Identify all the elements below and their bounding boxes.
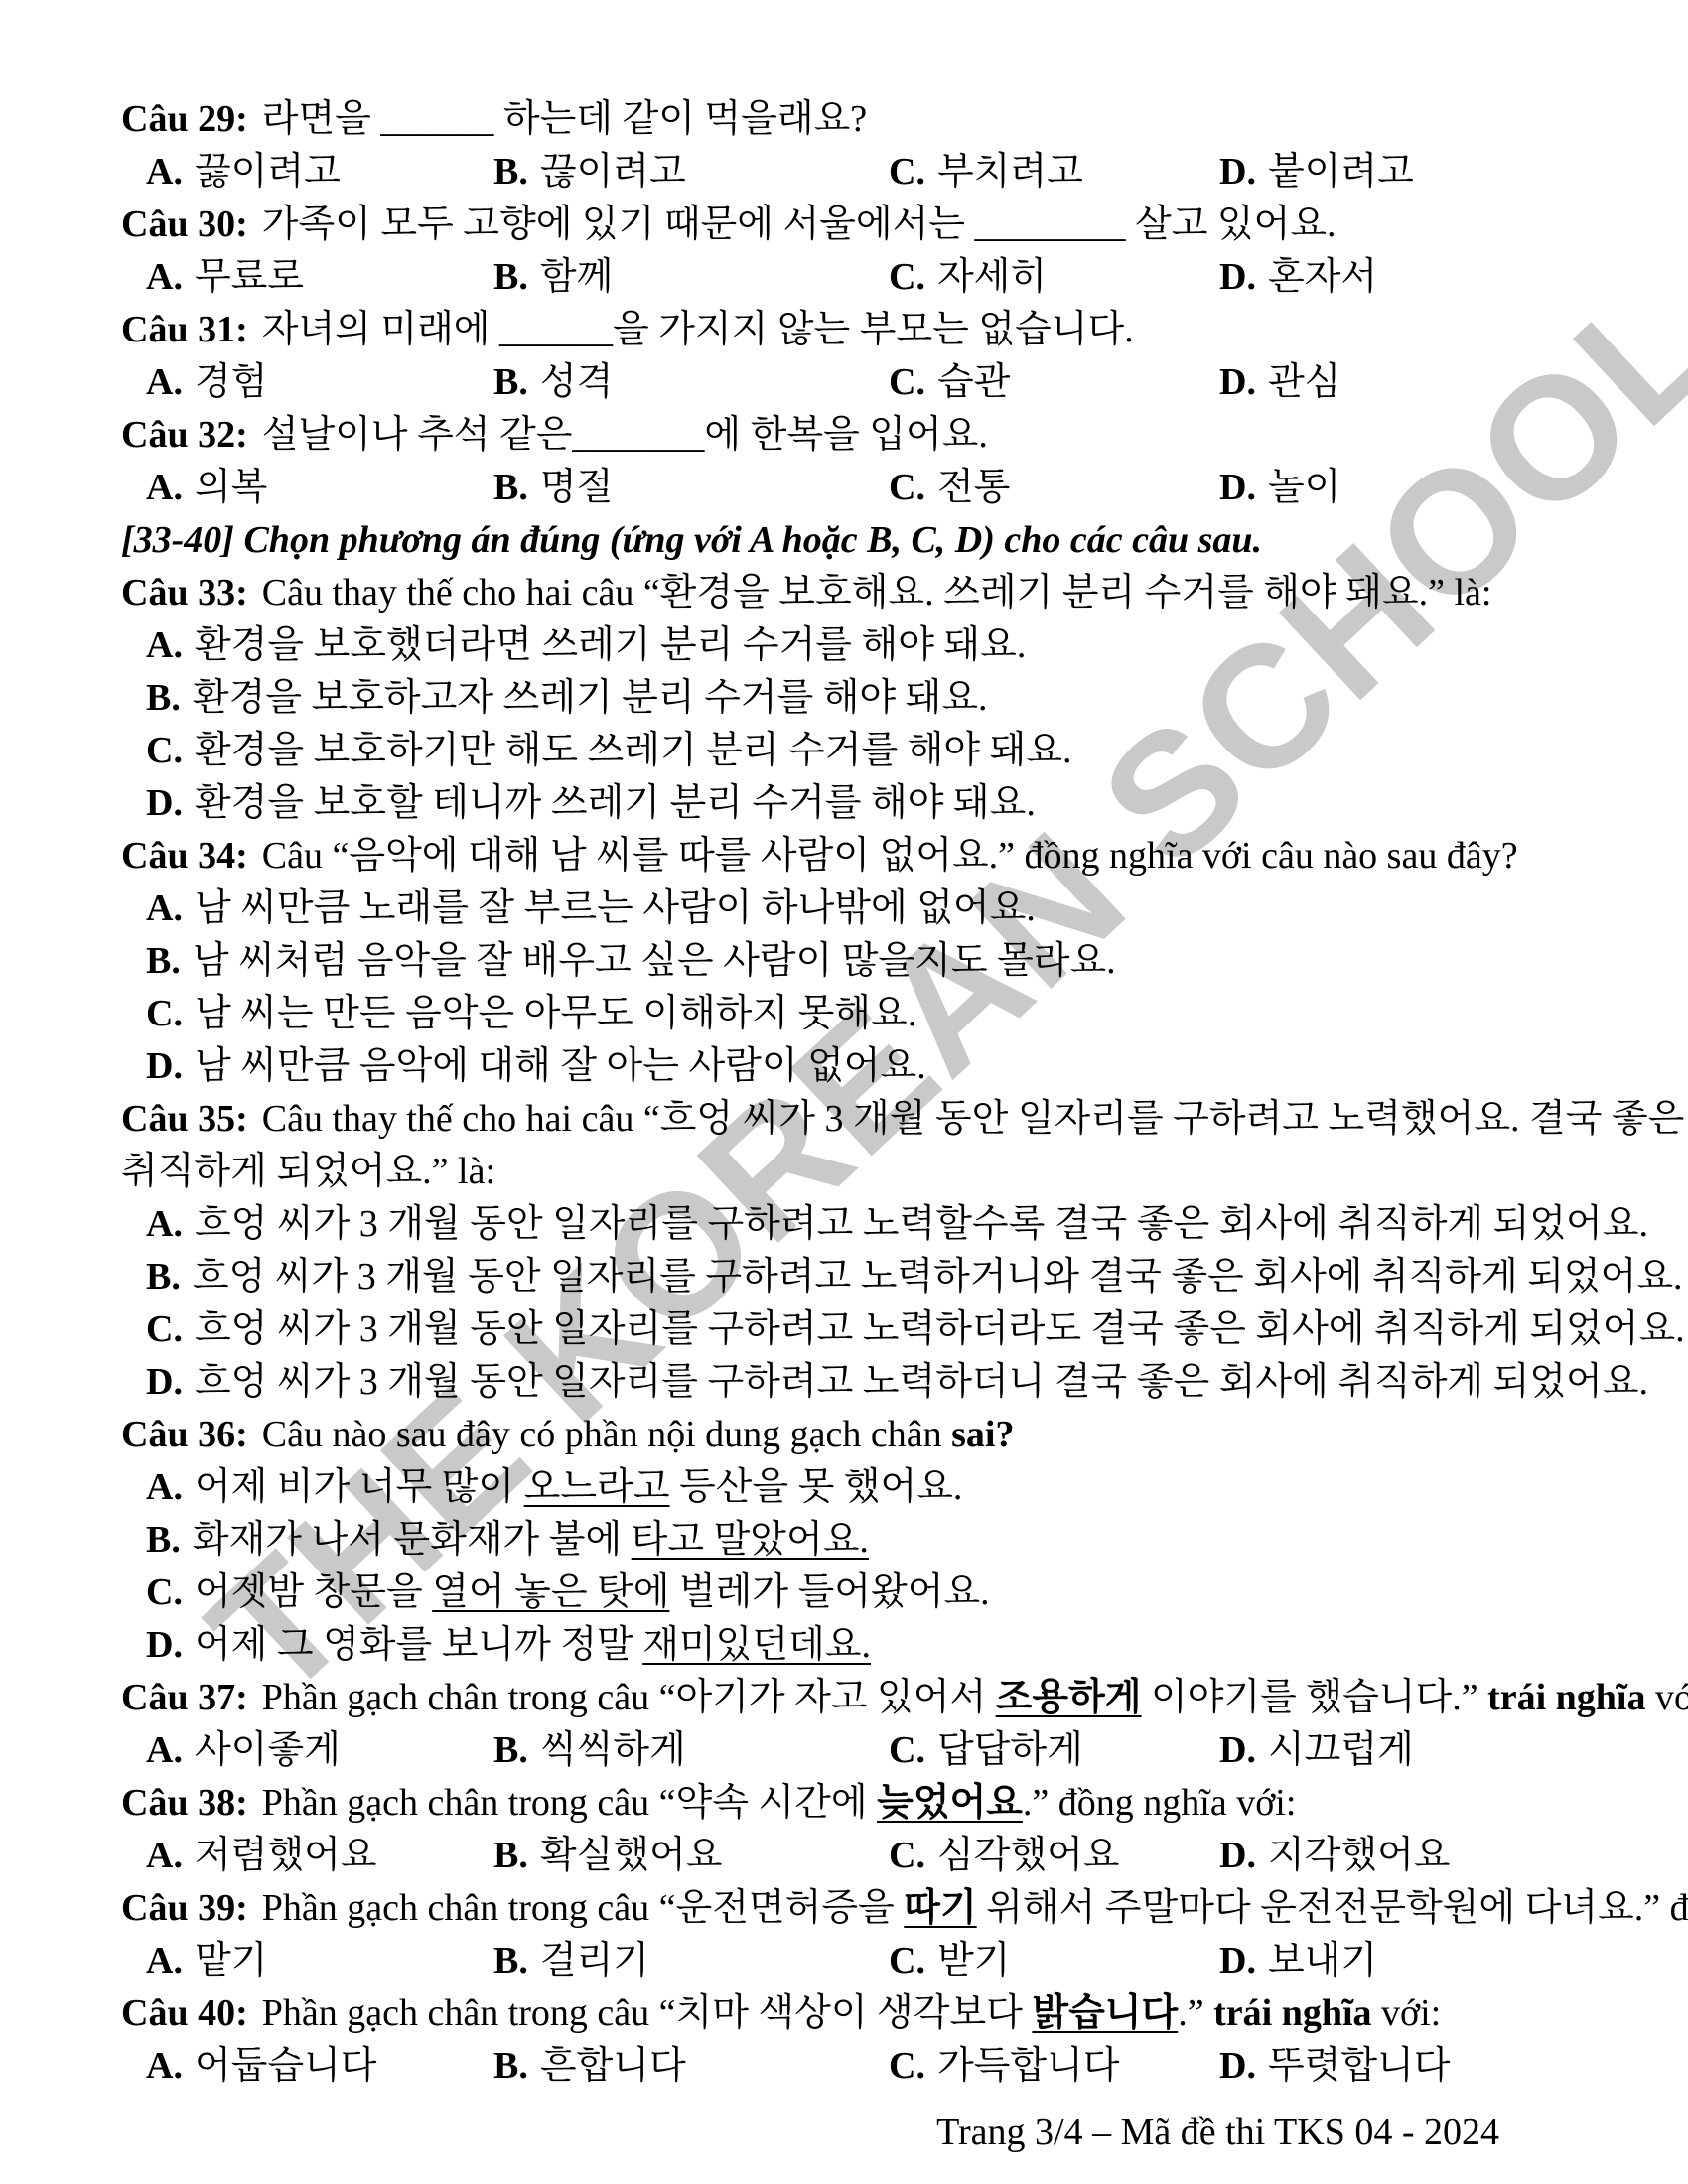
option-text: 남 씨는 만든 음악은 아무도 이해하지 못해요. — [195, 993, 916, 1034]
option-letter: B. — [146, 1256, 181, 1297]
option-text: 남 씨만큼 노래를 잘 부르는 사람이 하나밖에 없어요. — [195, 887, 1036, 929]
option-text: 뚜렷합니다 — [1268, 2045, 1451, 2087]
option-text: 맡기 — [195, 1940, 267, 1981]
question-30-option-B: B.함께 — [493, 251, 889, 304]
exam-content: Câu 29:라면을 ______ 하는데 같이 먹을래요?A.끓이려고B.끊이… — [121, 93, 1571, 2159]
option-text: 화재가 나서 문화재가 불에 — [193, 1519, 632, 1561]
option-text: 등산을 못 했어요. — [669, 1466, 962, 1508]
question-33-label: Câu 33: — [121, 572, 248, 614]
question-38-option-A: A.저렴했어요 — [146, 1830, 493, 1882]
question-37-stem-text: 이야기를 했습니다.” — [1142, 1677, 1488, 1718]
question-30-option-D: D.혼자서 — [1219, 251, 1571, 304]
option-text: 끓이려고 — [195, 151, 341, 193]
question-33-stem: Câu 33:Câu thay thế cho hai câu “환경을 보호해… — [121, 567, 1571, 619]
option-text: 걸리기 — [540, 1940, 649, 1981]
option-letter: B. — [493, 2045, 528, 2087]
option-text: 씩씩하게 — [540, 1729, 686, 1771]
option-text: 어제 비가 너무 많이 — [195, 1466, 524, 1508]
question-31-option-C: C.습관 — [889, 356, 1219, 409]
question-37-stem-text: trái nghĩa — [1487, 1677, 1645, 1718]
question-38-option-D: D.지각했어요 — [1219, 1830, 1571, 1882]
option-text: 재미있던데요. — [642, 1624, 871, 1666]
question-33-option-row-D: D.환경을 보호할 테니까 쓰레기 분리 수거를 해야 돼요. — [121, 777, 1571, 830]
question-36-option-row-C: C.어젯밤 창문을 열어 놓은 탓에 벌레가 들어왔어요. — [121, 1567, 1571, 1619]
option-letter: A. — [146, 1203, 183, 1245]
question-36-stem-text: Câu nào sau đây có phần nội dung gạch ch… — [262, 1414, 951, 1455]
question-34-option-D: D.남 씨만큼 음악에 대해 잘 아는 사람이 없어요. — [146, 1045, 926, 1087]
option-letter: D. — [1219, 1835, 1256, 1876]
option-text: 환경을 보호하고자 쓰레기 분리 수거를 해야 돼요. — [193, 677, 988, 719]
question-35-stem-text: Câu thay thế cho hai câu “흐엉 씨가 3 개월 동안 … — [262, 1098, 1688, 1140]
question-36-stem-text: sai? — [951, 1414, 1014, 1455]
question-32-option-B: B.명절 — [493, 462, 889, 514]
question-29-option-A: A.끓이려고 — [146, 146, 493, 199]
question-37-stem-text: 조용하게 — [996, 1677, 1142, 1718]
questions-container: Câu 29:라면을 ______ 하는데 같이 먹을래요?A.끓이려고B.끊이… — [121, 93, 1571, 2093]
question-31-stem-text: 자녀의 미래에 ______을 가지지 않는 부모는 없습니다. — [262, 309, 1134, 350]
question-31-stem: Câu 31:자녀의 미래에 ______을 가지지 않는 부모는 없습니다. — [121, 304, 1571, 356]
question-35-option-row-A: A.흐엉 씨가 3 개월 동안 일자리를 구하려고 노력할수록 결국 좋은 회사… — [121, 1198, 1571, 1251]
option-text: 부치려고 — [937, 151, 1083, 193]
question-39-stem-text: 위해서 주말마다 운전전문학원에 다녀요.” đồng nghĩa với: — [977, 1887, 1688, 1929]
option-text: 흐엉 씨가 3 개월 동안 일자리를 구하려고 노력하더라도 결국 좋은 회사에… — [195, 1308, 1685, 1350]
question-40-stem-text: 밝습니다 — [1032, 1992, 1178, 2034]
option-text: 끊이려고 — [540, 151, 686, 193]
question-36-label: Câu 36: — [121, 1414, 248, 1455]
option-text: 심각했어요 — [937, 1835, 1120, 1876]
option-letter: D. — [1219, 467, 1256, 508]
question-36-option-row-A: A.어제 비가 너무 많이 오느라고 등산을 못 했어요. — [121, 1461, 1571, 1514]
footer-text: Trang 3/4 – Mã đề thi TKS 04 - 2024 — [936, 2112, 1499, 2153]
option-letter: B. — [493, 1940, 528, 1981]
option-text: 답답하게 — [937, 1729, 1083, 1771]
question-32-stem: Câu 32:설날이나 추석 같은_______에 한복을 입어요. — [121, 409, 1571, 462]
question-39-option-A: A.맡기 — [146, 1935, 493, 1987]
option-text: 혼자서 — [1268, 256, 1377, 298]
option-letter: B. — [146, 677, 181, 719]
question-35-stem-text: 취직하게 되었어요.” là: — [121, 1151, 495, 1192]
question-35-option-A: A.흐엉 씨가 3 개월 동안 일자리를 구하려고 노력할수록 결국 좋은 회사… — [146, 1203, 1648, 1245]
question-33-option-D: D.환경을 보호할 테니까 쓰레기 분리 수거를 해야 돼요. — [146, 782, 1036, 824]
question-31-label: Câu 31: — [121, 309, 248, 350]
question-39-label: Câu 39: — [121, 1887, 248, 1929]
option-letter: B. — [493, 256, 528, 298]
question-38-option-C: C.심각했어요 — [889, 1830, 1219, 1882]
question-34-label: Câu 34: — [121, 835, 248, 877]
option-letter: D. — [146, 782, 183, 824]
option-text: 성격 — [540, 361, 613, 403]
question-32-option-C: C.전통 — [889, 462, 1219, 514]
question-34-stem-text: Câu “음악에 대해 남 씨를 따를 사람이 없어요.” đồng nghĩa… — [262, 835, 1518, 877]
option-letter: C. — [889, 467, 925, 508]
question-37-stem-text: Phần gạch chân trong câu “아기가 자고 있어서 — [262, 1677, 996, 1718]
option-text: 놀이 — [1268, 467, 1340, 508]
option-letter: B. — [146, 940, 181, 982]
question-36-option-B: B.화재가 나서 문화재가 불에 타고 말았어요. — [146, 1519, 869, 1561]
question-39-stem-text: Phần gạch chân trong câu “운전면허증을 — [262, 1887, 905, 1929]
option-text: 환경을 보호하기만 해도 쓰레기 분리 수거를 해야 돼요. — [195, 730, 1072, 771]
option-text: 저렴했어요 — [195, 1835, 377, 1876]
option-letter: A. — [146, 624, 183, 666]
option-letter: D. — [146, 1361, 183, 1403]
option-letter: D. — [1219, 2045, 1256, 2087]
option-text: 시끄럽게 — [1268, 1729, 1414, 1771]
question-40-stem-text: với: — [1372, 1992, 1442, 2034]
question-30-stem-text: 가족이 모두 고향에 있기 때문에 서울에서는 ________ 살고 있어요. — [262, 204, 1336, 245]
option-letter: B. — [493, 1729, 528, 1771]
option-text: 흐엉 씨가 3 개월 동안 일자리를 구하려고 노력하거니와 결국 좋은 회사에… — [193, 1256, 1683, 1297]
question-30-stem: Câu 30:가족이 모두 고향에 있기 때문에 서울에서는 ________ … — [121, 199, 1571, 251]
question-31-options: A.경험B.성격C.습관D.관심 — [121, 356, 1571, 409]
option-text: 어둡습니다 — [195, 2045, 377, 2087]
option-text: 열어 놓은 탓에 — [432, 1571, 669, 1613]
question-36-option-D: D.어제 그 영화를 보니까 정말 재미있던데요. — [146, 1624, 871, 1666]
page-footer: Trang 3/4 – Mã đề thi TKS 04 - 2024 — [121, 2107, 1571, 2159]
question-30-options: A.무료로B.함께C.자세히D.혼자서 — [121, 251, 1571, 304]
question-40-option-B: B.흔합니다 — [493, 2040, 889, 2093]
option-letter: A. — [146, 1729, 183, 1771]
question-36-stem: Câu 36:Câu nào sau đây có phần nội dung … — [121, 1409, 1571, 1461]
question-39-stem: Câu 39:Phần gạch chân trong câu “운전면허증을 … — [121, 1882, 1571, 1935]
option-text: 경험 — [195, 361, 267, 403]
question-37-stem: Câu 37:Phần gạch chân trong câu “아기가 자고 … — [121, 1672, 1571, 1724]
question-29-option-B: B.끊이려고 — [493, 146, 889, 199]
question-37-label: Câu 37: — [121, 1677, 248, 1718]
question-35-option-C: C.흐엉 씨가 3 개월 동안 일자리를 구하려고 노력하더라도 결국 좋은 회… — [146, 1308, 1685, 1350]
question-36-option-row-B: B.화재가 나서 문화재가 불에 타고 말았어요. — [121, 1514, 1571, 1567]
question-39-options: A.맡기B.걸리기C.받기D.보내기 — [121, 1935, 1571, 1987]
question-31-option-D: D.관심 — [1219, 356, 1571, 409]
question-40-stem-text: .” — [1178, 1992, 1213, 2034]
option-text: 어제 그 영화를 보니까 정말 — [195, 1624, 642, 1666]
option-text: 받기 — [937, 1940, 1010, 1981]
option-letter: A. — [146, 151, 183, 193]
option-letter: B. — [493, 1835, 528, 1876]
question-35-option-row-B: B.흐엉 씨가 3 개월 동안 일자리를 구하려고 노력하거니와 결국 좋은 회… — [121, 1251, 1571, 1303]
question-32-option-A: A.의복 — [146, 462, 493, 514]
question-33-stem-text: Câu thay thế cho hai câu “환경을 보호해요. 쓰레기 … — [262, 572, 1492, 614]
question-29-label: Câu 29: — [121, 98, 248, 140]
question-33-option-A: A.환경을 보호했더라면 쓰레기 분리 수거를 해야 돼요. — [146, 624, 1026, 666]
option-text: 자세히 — [937, 256, 1047, 298]
option-letter: A. — [146, 887, 183, 929]
question-34-option-A: A.남 씨만큼 노래를 잘 부르는 사람이 하나밖에 없어요. — [146, 887, 1036, 929]
option-letter: D. — [146, 1624, 183, 1666]
question-40-stem-text: Phần gạch chân trong câu “치마 색상이 생각보다 — [262, 1992, 1033, 2034]
option-text: 환경을 보호할 테니까 쓰레기 분리 수거를 해야 돼요. — [195, 782, 1036, 824]
question-35-option-B: B.흐엉 씨가 3 개월 동안 일자리를 구하려고 노력하거니와 결국 좋은 회… — [146, 1256, 1683, 1297]
question-33-option-row-A: A.환경을 보호했더라면 쓰레기 분리 수거를 해야 돼요. — [121, 619, 1571, 672]
option-letter: C. — [889, 2045, 925, 2087]
question-34-stem: Câu 34:Câu “음악에 대해 남 씨를 따를 사람이 없어요.” đồn… — [121, 830, 1571, 883]
question-38-options: A.저렴했어요B.확실했어요C.심각했어요D.지각했어요 — [121, 1830, 1571, 1882]
option-text: 습관 — [937, 361, 1010, 403]
question-34-option-row-B: B.남 씨처럼 음악을 잘 배우고 싶은 사람이 많을지도 몰라요. — [121, 935, 1571, 988]
option-letter: C. — [889, 1835, 925, 1876]
option-text: 지각했어요 — [1268, 1835, 1451, 1876]
question-29-stem: Câu 29:라면을 ______ 하는데 같이 먹을래요? — [121, 93, 1571, 146]
question-37-option-B: B.씩씩하게 — [493, 1724, 889, 1777]
question-37-option-C: C.답답하게 — [889, 1724, 1219, 1777]
question-37-option-D: D.시끄럽게 — [1219, 1724, 1571, 1777]
option-text: 확실했어요 — [540, 1835, 723, 1876]
question-34-option-row-D: D.남 씨만큼 음악에 대해 잘 아는 사람이 없어요. — [121, 1040, 1571, 1093]
option-text: 남 씨처럼 음악을 잘 배우고 싶은 사람이 많을지도 몰라요. — [193, 940, 1116, 982]
question-35-option-row-D: D.흐엉 씨가 3 개월 동안 일자리를 구하려고 노력하더니 결국 좋은 회사… — [121, 1356, 1571, 1409]
option-text: 흐엉 씨가 3 개월 동안 일자리를 구하려고 노력할수록 결국 좋은 회사에 … — [195, 1203, 1648, 1245]
option-letter: C. — [146, 1571, 183, 1613]
option-letter: D. — [1219, 1729, 1256, 1771]
option-letter: A. — [146, 361, 183, 403]
question-38-stem: Câu 38:Phần gạch chân trong câu “약속 시간에 … — [121, 1777, 1571, 1830]
question-35-stem: Câu 35:Câu thay thế cho hai câu “흐엉 씨가 3… — [121, 1093, 1571, 1146]
option-letter: A. — [146, 1466, 183, 1508]
option-text: 보내기 — [1268, 1940, 1377, 1981]
option-text: 남 씨만큼 음악에 대해 잘 아는 사람이 없어요. — [195, 1045, 926, 1087]
question-36-option-A: A.어제 비가 너무 많이 오느라고 등산을 못 했어요. — [146, 1466, 962, 1508]
question-35-stem-line2: 취직하게 되었어요.” là: — [121, 1146, 1571, 1198]
question-31-option-A: A.경험 — [146, 356, 493, 409]
question-40-stem: Câu 40:Phần gạch chân trong câu “치마 색상이 … — [121, 1987, 1571, 2040]
question-30-label: Câu 30: — [121, 204, 248, 245]
question-32-label: Câu 32: — [121, 414, 248, 456]
option-text: 명절 — [540, 467, 613, 508]
question-40-stem-text: trái nghĩa — [1213, 1992, 1371, 2034]
option-letter: A. — [146, 256, 183, 298]
question-36-option-row-D: D.어제 그 영화를 보니까 정말 재미있던데요. — [121, 1619, 1571, 1672]
option-text: 흔합니다 — [540, 2045, 686, 2087]
option-text: 흐엉 씨가 3 개월 동안 일자리를 구하려고 노력하더니 결국 좋은 회사에 … — [195, 1361, 1648, 1403]
option-text: 함께 — [540, 256, 613, 298]
option-letter: B. — [493, 151, 528, 193]
question-34-option-B: B.남 씨처럼 음악을 잘 배우고 싶은 사람이 많을지도 몰라요. — [146, 940, 1116, 982]
question-39-option-C: C.받기 — [889, 1935, 1219, 1987]
option-letter: C. — [889, 151, 925, 193]
question-37-option-A: A.사이좋게 — [146, 1724, 493, 1777]
option-letter: A. — [146, 1940, 183, 1981]
option-letter: C. — [146, 730, 183, 771]
option-letter: B. — [146, 1519, 181, 1561]
question-32-options: A.의복B.명절C.전통D.놀이 — [121, 462, 1571, 514]
option-text: 사이좋게 — [195, 1729, 341, 1771]
option-text: 오느라고 — [524, 1466, 670, 1508]
question-34-option-row-A: A.남 씨만큼 노래를 잘 부르는 사람이 하나밖에 없어요. — [121, 883, 1571, 935]
question-40-option-A: A.어둡습니다 — [146, 2040, 493, 2093]
option-letter: A. — [146, 2045, 183, 2087]
question-37-options: A.사이좋게B.씩씩하게C.답답하게D.시끄럽게 — [121, 1724, 1571, 1777]
question-39-option-D: D.보내기 — [1219, 1935, 1571, 1987]
question-40-option-D: D.뚜렷합니다 — [1219, 2040, 1571, 2093]
option-text: 관심 — [1268, 361, 1340, 403]
question-32-option-D: D.놀이 — [1219, 462, 1571, 514]
option-letter: D. — [1219, 361, 1256, 403]
option-text: 의복 — [195, 467, 267, 508]
option-letter: C. — [889, 1940, 925, 1981]
question-33-option-B: B.환경을 보호하고자 쓰레기 분리 수거를 해야 돼요. — [146, 677, 988, 719]
option-letter: A. — [146, 1835, 183, 1876]
question-32-stem-text: 설날이나 추석 같은_______에 한복을 입어요. — [262, 414, 988, 456]
option-letter: C. — [889, 361, 925, 403]
option-letter: A. — [146, 467, 183, 508]
option-text: 어젯밤 창문을 — [195, 1571, 432, 1613]
option-text: 무료로 — [195, 256, 304, 298]
option-text: 가득합니다 — [937, 2045, 1120, 2087]
question-39-stem-text: 따기 — [904, 1887, 976, 1929]
question-38-stem-text: Phần gạch chân trong câu “약속 시간에 — [262, 1782, 877, 1824]
question-40-options: A.어둡습니다B.흔합니다C.가득합니다D.뚜렷합니다 — [121, 2040, 1571, 2093]
question-33-option-C: C.환경을 보호하기만 해도 쓰레기 분리 수거를 해야 돼요. — [146, 730, 1072, 771]
option-letter: C. — [889, 256, 925, 298]
option-letter: B. — [493, 361, 528, 403]
option-text: 붙이려고 — [1268, 151, 1414, 193]
question-35-option-D: D.흐엉 씨가 3 개월 동안 일자리를 구하려고 노력하더니 결국 좋은 회사… — [146, 1361, 1648, 1403]
question-33-option-row-C: C.환경을 보호하기만 해도 쓰레기 분리 수거를 해야 돼요. — [121, 725, 1571, 777]
option-text: 환경을 보호했더라면 쓰레기 분리 수거를 해야 돼요. — [195, 624, 1026, 666]
question-30-option-A: A.무료로 — [146, 251, 493, 304]
section-header: [33-40] Chọn phương án đúng (ứng với A h… — [121, 514, 1571, 567]
question-34-option-C: C.남 씨는 만든 음악은 아무도 이해하지 못해요. — [146, 993, 916, 1034]
question-35-label: Câu 35: — [121, 1098, 248, 1140]
question-29-option-D: D.붙이려고 — [1219, 146, 1571, 199]
question-39-option-B: B.걸리기 — [493, 1935, 889, 1987]
option-letter: B. — [493, 467, 528, 508]
question-31-option-B: B.성격 — [493, 356, 889, 409]
question-37-stem-text: với: — [1645, 1677, 1688, 1718]
question-35-option-row-C: C.흐엉 씨가 3 개월 동안 일자리를 구하려고 노력하더라도 결국 좋은 회… — [121, 1303, 1571, 1356]
option-letter: D. — [146, 1045, 183, 1087]
option-text: 타고 말았어요. — [632, 1519, 869, 1561]
question-29-option-C: C.부치려고 — [889, 146, 1219, 199]
option-text: 전통 — [937, 467, 1010, 508]
option-letter: D. — [1219, 256, 1256, 298]
option-letter: C. — [146, 1308, 183, 1350]
question-29-stem-text: 라면을 ______ 하는데 같이 먹을래요? — [262, 98, 867, 140]
question-38-option-B: B.확실했어요 — [493, 1830, 889, 1882]
question-38-label: Câu 38: — [121, 1782, 248, 1824]
question-36-option-C: C.어젯밤 창문을 열어 놓은 탓에 벌레가 들어왔어요. — [146, 1571, 990, 1613]
option-letter: C. — [889, 1729, 925, 1771]
option-letter: C. — [146, 993, 183, 1034]
question-33-option-row-B: B.환경을 보호하고자 쓰레기 분리 수거를 해야 돼요. — [121, 672, 1571, 725]
option-letter: D. — [1219, 151, 1256, 193]
question-38-stem-text: 늦었어요 — [877, 1782, 1023, 1824]
question-29-options: A.끓이려고B.끊이려고C.부치려고D.붙이려고 — [121, 146, 1571, 199]
question-38-stem-text: .” đồng nghĩa với: — [1023, 1782, 1297, 1824]
question-40-option-C: C.가득합니다 — [889, 2040, 1219, 2093]
section-header-text: [33-40] Chọn phương án đúng (ứng với A h… — [121, 519, 1262, 561]
option-text: 벌레가 들어왔어요. — [669, 1571, 989, 1613]
option-letter: D. — [1219, 1940, 1256, 1981]
question-30-option-C: C.자세히 — [889, 251, 1219, 304]
question-40-label: Câu 40: — [121, 1992, 248, 2034]
question-34-option-row-C: C.남 씨는 만든 음악은 아무도 이해하지 못해요. — [121, 988, 1571, 1040]
